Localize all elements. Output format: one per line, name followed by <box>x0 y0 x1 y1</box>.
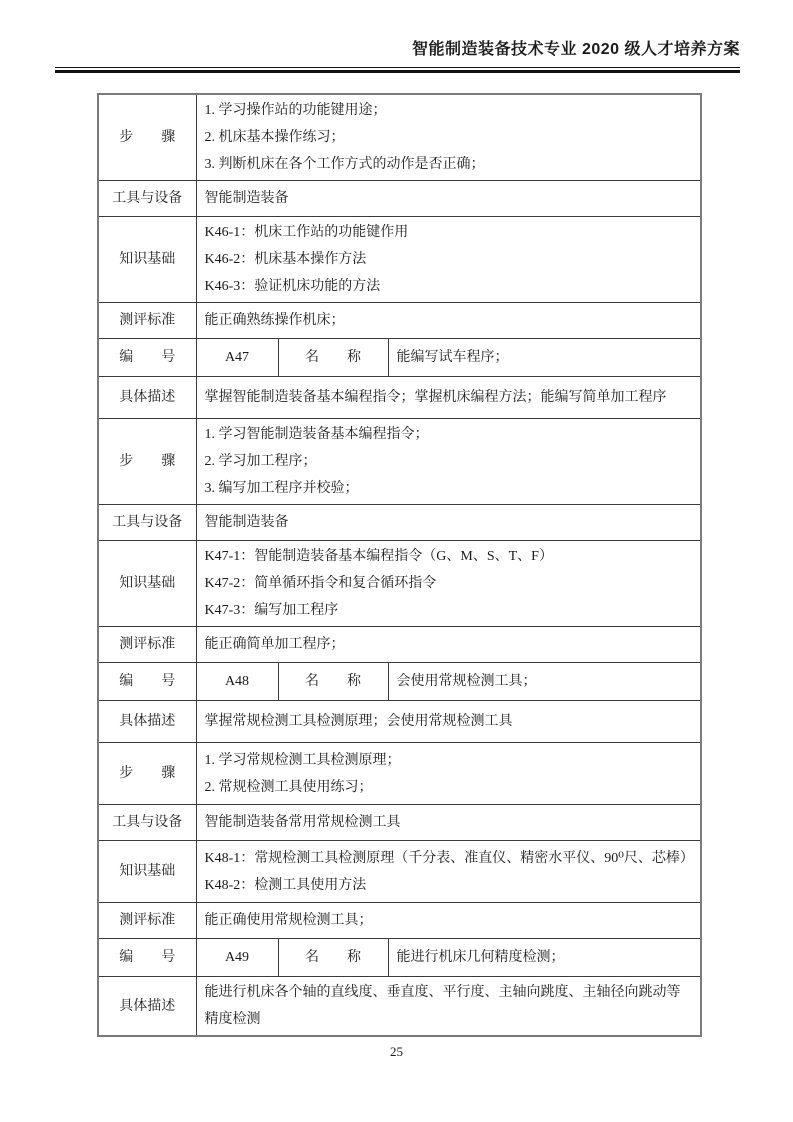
content-line: 掌握智能制造装备基本编程指令；掌握机床编程方法；能编写简单加工程序 <box>205 384 693 411</box>
content-line: K46-2：机床基本操作方法 <box>205 246 693 273</box>
row-label: 知识基础 <box>98 217 196 303</box>
task-id: A48 <box>196 663 278 701</box>
task-name: 能进行机床几何精度检测； <box>388 939 701 977</box>
content-line: K46-1：机床工作站的功能键作用 <box>205 219 693 246</box>
content-line: 智能制造装备 <box>205 185 693 212</box>
content-line: 3. 编写加工程序并校验； <box>205 475 693 502</box>
row-label: 测评标准 <box>98 627 196 663</box>
row-content: 掌握智能制造装备基本编程指令；掌握机床编程方法；能编写简单加工程序 <box>196 377 701 419</box>
table-row-steps: 步 骤 1. 学习智能制造装备基本编程指令； 2. 学习加工程序； 3. 编写加… <box>98 419 701 505</box>
content-line: 智能制造装备 <box>205 509 693 536</box>
task-name-label: 名 称 <box>278 339 388 377</box>
table-row-criteria: 测评标准 能正确熟练操作机床； <box>98 303 701 339</box>
table-row-tools: 工具与设备 智能制造装备常用常规检测工具 <box>98 805 701 841</box>
row-content: 能正确使用常规检测工具； <box>196 903 701 939</box>
content-line: 能正确简单加工程序； <box>205 631 693 658</box>
row-label: 编 号 <box>98 663 196 701</box>
content-line: 1. 学习常规检测工具检测原理； <box>205 747 693 774</box>
table-row-description: 具体描述 掌握常规检测工具检测原理；会使用常规检测工具 <box>98 701 701 743</box>
row-label: 具体描述 <box>98 377 196 419</box>
row-label: 具体描述 <box>98 977 196 1037</box>
row-content: 1. 学习智能制造装备基本编程指令； 2. 学习加工程序； 3. 编写加工程序并… <box>196 419 701 505</box>
row-content: 掌握常规检测工具检测原理；会使用常规检测工具 <box>196 701 701 743</box>
table-row-tools: 工具与设备 智能制造装备 <box>98 505 701 541</box>
content-line: 能正确使用常规检测工具； <box>205 907 693 934</box>
row-label: 步 骤 <box>98 94 196 181</box>
row-content: K47-1：智能制造装备基本编程指令（G、M、S、T、F） K47-2：简单循环… <box>196 541 701 627</box>
task-name: 能编写试车程序； <box>388 339 701 377</box>
content-line: 1. 学习智能制造装备基本编程指令； <box>205 421 693 448</box>
content-line: 2. 常规检测工具使用练习； <box>205 774 693 801</box>
table-row-steps: 步 骤 1. 学习常规检测工具检测原理； 2. 常规检测工具使用练习； <box>98 743 701 805</box>
row-label: 编 号 <box>98 939 196 977</box>
table-row-description: 具体描述 掌握智能制造装备基本编程指令；掌握机床编程方法；能编写简单加工程序 <box>98 377 701 419</box>
content-line: K48-1：常规检测工具检测原理（千分表、准直仪、精密水平仪、90⁰尺、芯棒） <box>205 845 693 872</box>
content-line: K47-3：编写加工程序 <box>205 597 693 624</box>
task-name: 会使用常规检测工具； <box>388 663 701 701</box>
row-label: 测评标准 <box>98 303 196 339</box>
content-line: 3. 判断机床在各个工作方式的动作是否正确； <box>205 151 693 178</box>
content-line: K48-2：检测工具使用方法 <box>205 872 693 899</box>
row-label: 步 骤 <box>98 743 196 805</box>
row-label: 工具与设备 <box>98 181 196 217</box>
table-row-steps: 步 骤 1. 学习操作站的功能键用途； 2. 机床基本操作练习； 3. 判断机床… <box>98 94 701 181</box>
content-line: K47-2：简单循环指令和复合循环指令 <box>205 570 693 597</box>
row-label: 知识基础 <box>98 841 196 903</box>
row-content: 智能制造装备常用常规检测工具 <box>196 805 701 841</box>
row-content: K48-1：常规检测工具检测原理（千分表、准直仪、精密水平仪、90⁰尺、芯棒） … <box>196 841 701 903</box>
content-line: 能正确熟练操作机床； <box>205 307 693 334</box>
row-content: 能正确简单加工程序； <box>196 627 701 663</box>
row-label: 步 骤 <box>98 419 196 505</box>
task-id: A49 <box>196 939 278 977</box>
content-line: 能进行机床各个轴的直线度、垂直度、平行度、主轴向跳度、主轴径向跳动等精度检测 <box>205 979 693 1033</box>
row-label: 工具与设备 <box>98 505 196 541</box>
table-row-task-id: 编 号 A49 名 称 能进行机床几何精度检测； <box>98 939 701 977</box>
content-line: 2. 机床基本操作练习； <box>205 124 693 151</box>
table-row-task-id: 编 号 A47 名 称 能编写试车程序； <box>98 339 701 377</box>
content-line: 智能制造装备常用常规检测工具 <box>205 809 693 836</box>
header-double-rule <box>55 67 740 73</box>
row-content: 1. 学习常规检测工具检测原理； 2. 常规检测工具使用练习； <box>196 743 701 805</box>
content-line: 2. 学习加工程序； <box>205 448 693 475</box>
row-label: 编 号 <box>98 339 196 377</box>
page-number: 25 <box>0 1044 793 1060</box>
row-content: 智能制造装备 <box>196 181 701 217</box>
content-line: K47-1：智能制造装备基本编程指令（G、M、S、T、F） <box>205 543 693 570</box>
table-row-knowledge: 知识基础 K47-1：智能制造装备基本编程指令（G、M、S、T、F） K47-2… <box>98 541 701 627</box>
row-content: K46-1：机床工作站的功能键作用 K46-2：机床基本操作方法 K46-3：验… <box>196 217 701 303</box>
content-line: 掌握常规检测工具检测原理；会使用常规检测工具 <box>205 708 693 735</box>
task-name-label: 名 称 <box>278 663 388 701</box>
page-header-title: 智能制造装备技术专业 2020 级人才培养方案 <box>0 40 740 60</box>
table-row-criteria: 测评标准 能正确简单加工程序； <box>98 627 701 663</box>
task-name-label: 名 称 <box>278 939 388 977</box>
content-line: 1. 学习操作站的功能键用途； <box>205 97 693 124</box>
row-content: 能进行机床各个轴的直线度、垂直度、平行度、主轴向跳度、主轴径向跳动等精度检测 <box>196 977 701 1037</box>
row-content: 智能制造装备 <box>196 505 701 541</box>
table-row-description: 具体描述 能进行机床各个轴的直线度、垂直度、平行度、主轴向跳度、主轴径向跳动等精… <box>98 977 701 1037</box>
task-id: A47 <box>196 339 278 377</box>
training-task-table: 步 骤 1. 学习操作站的功能键用途； 2. 机床基本操作练习； 3. 判断机床… <box>97 93 702 1037</box>
row-content: 能正确熟练操作机床； <box>196 303 701 339</box>
table-row-task-id: 编 号 A48 名 称 会使用常规检测工具； <box>98 663 701 701</box>
table-row-knowledge: 知识基础 K46-1：机床工作站的功能键作用 K46-2：机床基本操作方法 K4… <box>98 217 701 303</box>
table-row-tools: 工具与设备 智能制造装备 <box>98 181 701 217</box>
table-row-knowledge: 知识基础 K48-1：常规检测工具检测原理（千分表、准直仪、精密水平仪、90⁰尺… <box>98 841 701 903</box>
row-label: 测评标准 <box>98 903 196 939</box>
row-label: 具体描述 <box>98 701 196 743</box>
table-row-criteria: 测评标准 能正确使用常规检测工具； <box>98 903 701 939</box>
row-content: 1. 学习操作站的功能键用途； 2. 机床基本操作练习； 3. 判断机床在各个工… <box>196 94 701 181</box>
content-line: K46-3：验证机床功能的方法 <box>205 273 693 300</box>
row-label: 工具与设备 <box>98 805 196 841</box>
row-label: 知识基础 <box>98 541 196 627</box>
